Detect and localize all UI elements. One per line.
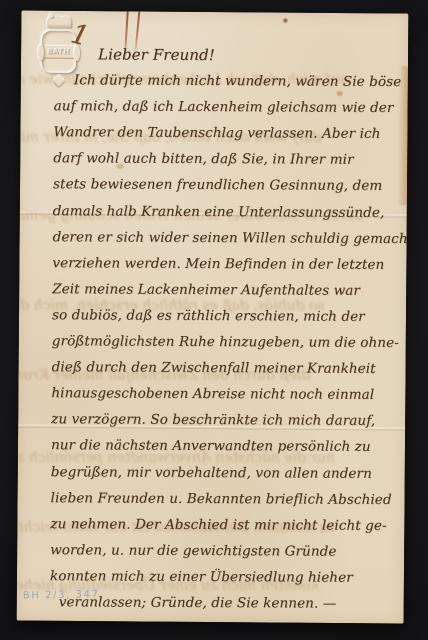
letter-line: dieß durch den Zwischenfall meiner Krank… <box>52 354 396 382</box>
letter-line: stets bewiesenen freundlichen Gesinnung,… <box>53 172 397 200</box>
letter-line: Zeit meines Lackenheimer Aufenthaltes wa… <box>52 276 396 304</box>
crest-crown-icon <box>47 17 71 28</box>
photo-of-letter: darf wohl auch bitten, daß Sie, in Ihrer… <box>0 0 428 640</box>
letter-line: verziehen werden. Mein Befinden in der l… <box>52 250 396 278</box>
letter-line: lieben Freunden u. Bekannten brieflich A… <box>51 485 395 513</box>
letter-line: damals halb Kranken eine Unterlassungssü… <box>53 198 397 226</box>
letter-line: begrüßen, mir vorbehaltend, von allen an… <box>51 459 395 487</box>
letter-line: nur die nächsten Anverwandten persönlich… <box>51 433 395 461</box>
letter-line: zu nehmen. Der Abschied ist mir nicht le… <box>50 511 394 539</box>
letter-line: Ich dürfte mich nicht wundern, wären Sie… <box>54 67 398 95</box>
letter-line: auf mich, daß ich Lackenheim gleichsam w… <box>54 93 398 121</box>
letter-line: hinausgeschobenen Abreise nicht noch ein… <box>51 380 395 408</box>
letter-line: deren er sich wider seinen Willen schuld… <box>53 224 397 252</box>
letter-page: darf wohl auch bitten, daß Sie, in Ihrer… <box>17 10 409 623</box>
letter-line: Wandrer den Taubenschlag verlassen. Aber… <box>53 119 397 147</box>
letter-line: worden, u. nur die gewichtigsten Gründe <box>50 537 394 565</box>
letter-line: zu verzögern. So beschränkte ich mich da… <box>51 406 395 434</box>
letter-line: veranlassen; Gründe, die Sie kennen. — <box>50 589 394 617</box>
archival-shelfmark: BH 2/3, 347 <box>23 589 100 601</box>
letter-line: so dubiös, daß es räthlich erschien, mic… <box>52 302 396 330</box>
letter-line: konnten mich zu einer Übersiedlung hiehe… <box>50 563 394 591</box>
foxing-spot <box>283 19 287 23</box>
letter-line: darf wohl auch bitten, daß Sie, in Ihrer… <box>53 146 397 174</box>
letter-line: größtmöglichsten Ruhe hinzugeben, um die… <box>52 328 396 356</box>
letter-body: Lieber Freund! Ich dürfte mich nicht wun… <box>50 41 398 618</box>
letter-salutation: Lieber Freund! <box>54 41 398 69</box>
